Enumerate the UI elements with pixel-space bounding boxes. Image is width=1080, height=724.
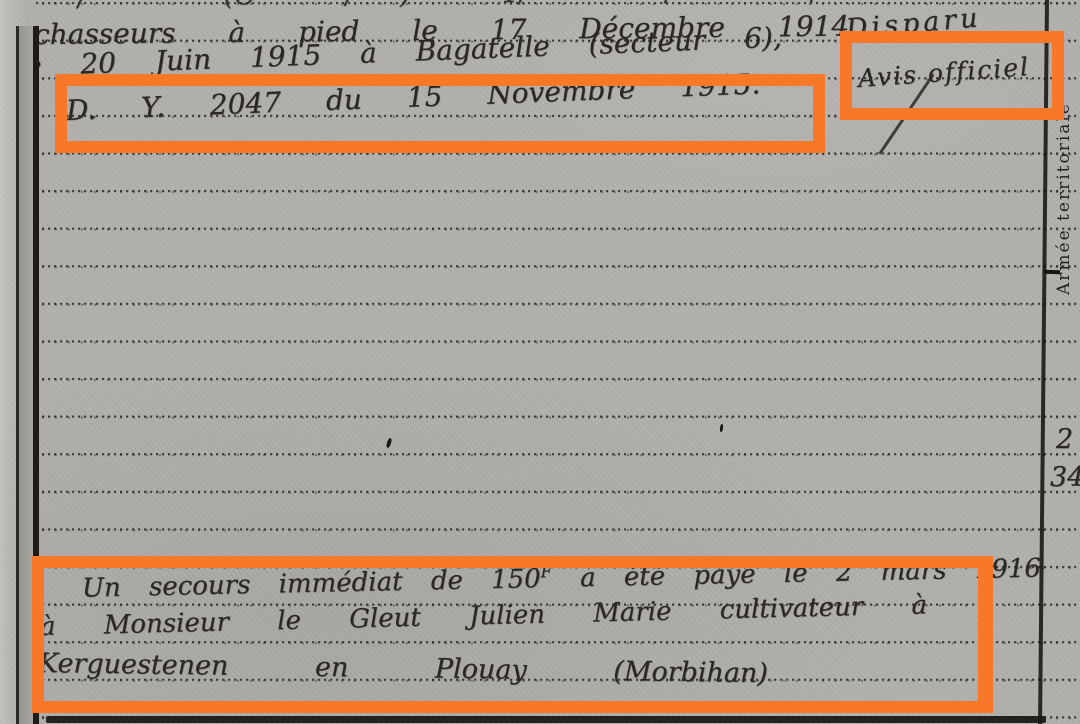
highlight-box-secours (32, 556, 993, 713)
register-page-scan: ~/~ ~~ (C~~~~/~~) ~ 1/ ~ ~~/~ ~~ /~~~~~~… (0, 0, 1080, 724)
margin-number: 2 (1056, 424, 1073, 455)
column-tick-mark (1044, 270, 1060, 275)
bottom-border-band (46, 716, 1046, 723)
highlight-box-reference (55, 74, 825, 153)
margin-number: 34 (1050, 462, 1080, 493)
highlight-box-avis-officiel (840, 31, 1064, 120)
